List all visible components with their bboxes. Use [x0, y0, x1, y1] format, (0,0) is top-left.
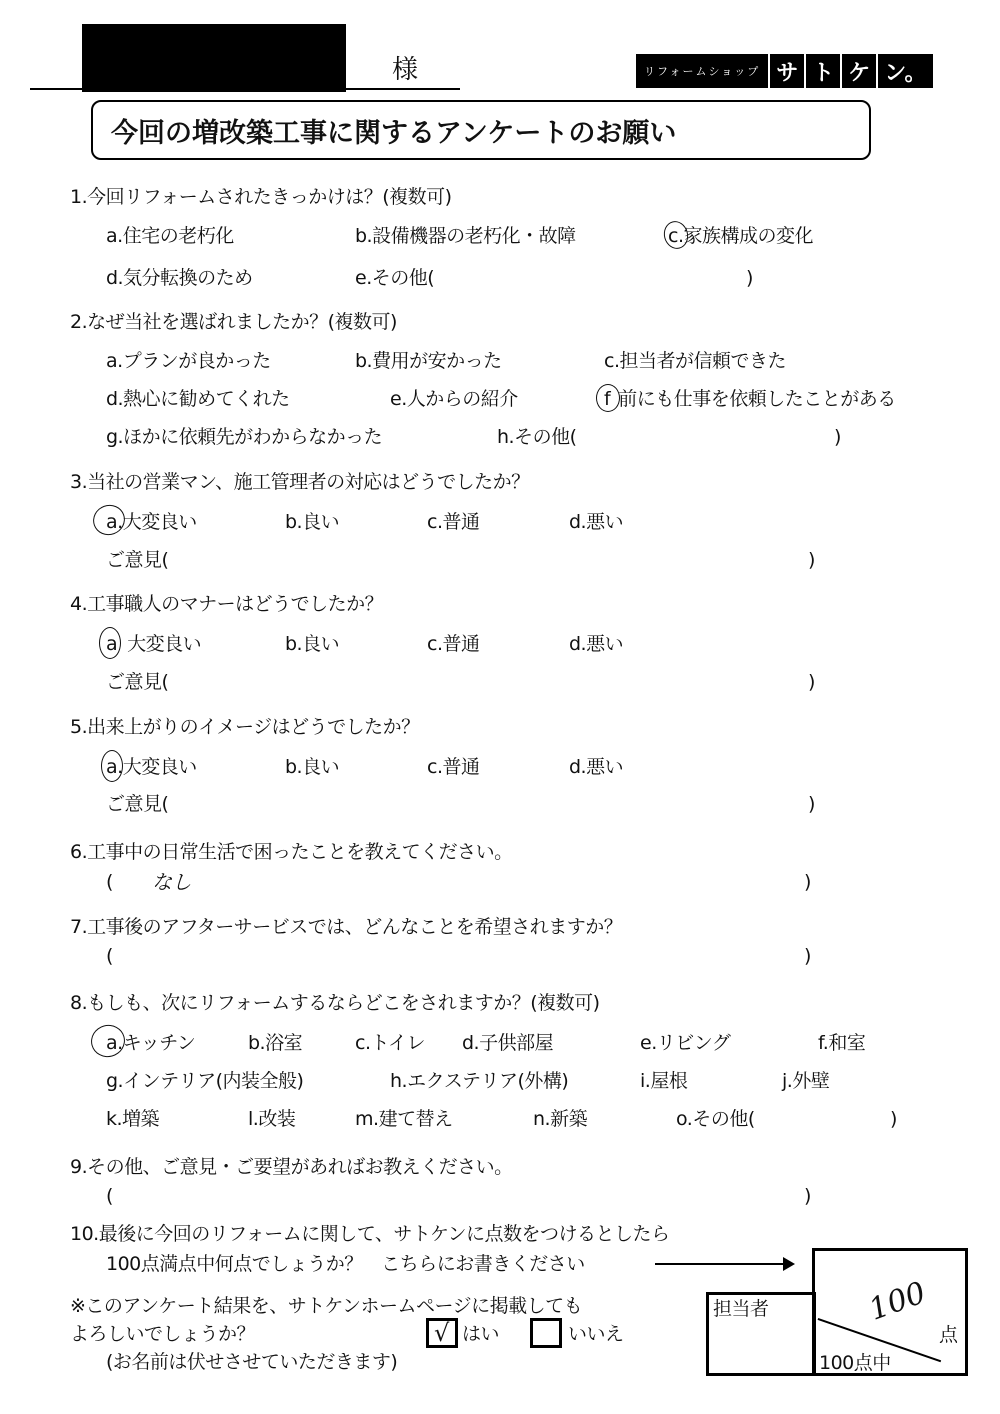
q8-option-l[interactable]: l.改装 [248, 1107, 295, 1131]
q1-option-b[interactable]: b.設備機器の老朽化・故障 [355, 224, 576, 248]
q4-option-b[interactable]: b.良い [285, 632, 339, 656]
q2-option-e[interactable]: e.人からの紹介 [390, 387, 518, 411]
selected-circle-mark [596, 384, 620, 412]
customer-name-redacted [82, 24, 346, 92]
question-7: 7.工事後のアフターサービスでは、どんなことを希望されますか？ [70, 915, 622, 939]
q8-option-h[interactable]: h.エクステリア(外構) [390, 1069, 568, 1093]
q4-comment-close: ) [808, 670, 815, 694]
logo-cell: サ [770, 54, 804, 88]
question-10-line2: 100点満点中何点でしょうか？ こちらにお書きください [106, 1252, 585, 1276]
q2-other-close-paren: ) [834, 425, 841, 449]
consent-no-label: いいえ [568, 1322, 624, 1346]
q7-open-paren: ( [106, 944, 113, 968]
score-handwritten-value: 100 [865, 1276, 930, 1328]
q5-comment-label: ご意見( [106, 792, 168, 816]
question-1: 1.今回リフォームされたきっかけは？(複数可) [70, 185, 452, 209]
score-caption: 100点中 [819, 1351, 891, 1375]
page-title: 今回の増改築工事に関するアンケートのお願い [111, 111, 676, 150]
question-text: 今回リフォームされたきっかけは？(複数可) [87, 186, 451, 208]
name-underline [30, 88, 460, 90]
score-unit: 点 [939, 1323, 958, 1347]
q8-option-f[interactable]: f.和室 [818, 1031, 865, 1055]
q8-option-i[interactable]: i.屋根 [640, 1069, 687, 1093]
arrow-line [655, 1263, 785, 1265]
q8-option-m[interactable]: m.建て替え [355, 1107, 453, 1131]
score-box[interactable]: 100 点 100点中 [812, 1248, 968, 1376]
logo-cell: ケ [842, 54, 876, 88]
consent-note: (お名前は伏せさせていただきます) [106, 1350, 397, 1374]
q5-option-d[interactable]: d.悪い [569, 755, 623, 779]
q2-option-g[interactable]: g.ほかに依頼先がわからなかった [106, 425, 382, 449]
consent-text-line2: よろしいでしょうか？ [70, 1322, 255, 1346]
q4-option-c[interactable]: c.普通 [427, 632, 480, 656]
q8-option-b[interactable]: b.浴室 [248, 1031, 302, 1055]
q6-answer-handwritten[interactable]: なし [152, 870, 191, 894]
question-number: 1. [70, 186, 87, 208]
q1-option-a[interactable]: a.住宅の老朽化 [106, 224, 234, 248]
q8-option-j[interactable]: j.外壁 [782, 1069, 829, 1093]
q8-option-k[interactable]: k.増築 [106, 1107, 159, 1131]
logo-cell: ト [806, 54, 840, 88]
q1-option-c[interactable]: c.家族構成の変化 [668, 224, 813, 248]
staff-box: 担当者 [706, 1292, 816, 1376]
title-box: 今回の増改築工事に関するアンケートのお願い [91, 100, 871, 160]
check-mark-icon: √ [434, 1319, 449, 1347]
q8-option-c[interactable]: c.トイレ [355, 1031, 425, 1055]
question-2: 2.なぜ当社を選ばれましたか？(複数可) [70, 310, 397, 334]
q5-option-b[interactable]: b.良い [285, 755, 339, 779]
question-3: 3.当社の営業マン、施工管理者の対応はどうでしたか？ [70, 470, 530, 494]
q2-option-b[interactable]: b.費用が安かった [355, 349, 502, 373]
q2-option-d[interactable]: d.熱心に勧めてくれた [106, 387, 290, 411]
q3-comment-close: ) [808, 548, 815, 572]
question-4: 4.工事職人のマナーはどうでしたか？ [70, 592, 383, 616]
q5-comment-close: ) [808, 792, 815, 816]
q8-option-o[interactable]: o.その他( [676, 1107, 755, 1131]
honorific-sama: 様 [392, 55, 418, 85]
consent-yes-label: はい [462, 1322, 499, 1346]
q6-close-paren: ) [804, 870, 811, 894]
q9-close-paren: ) [804, 1184, 811, 1208]
q1-option-e[interactable]: e.その他( [355, 266, 434, 290]
q1-option-d[interactable]: d.気分転換のため [106, 266, 253, 290]
q9-open-paren: ( [106, 1184, 113, 1208]
selected-circle-mark [101, 750, 123, 782]
q8-option-e[interactable]: e.リビング [640, 1031, 730, 1055]
consent-no-checkbox[interactable] [530, 1318, 562, 1348]
question-6: 6.工事中の日常生活で困ったことを教えてください。 [70, 840, 513, 864]
q7-close-paren: ) [804, 944, 811, 968]
arrow-right-icon [783, 1257, 795, 1271]
question-5: 5.出来上がりのイメージはどうでしたか？ [70, 715, 420, 739]
company-logo: リフォームショップ サ ト ケ ン。 [636, 54, 933, 88]
selected-circle-mark [99, 627, 121, 659]
consent-yes-checkbox[interactable]: √ [426, 1318, 458, 1348]
q4-option-d[interactable]: d.悪い [569, 632, 623, 656]
q2-option-a[interactable]: a.プランが良かった [106, 349, 271, 373]
q8-option-n[interactable]: n.新築 [533, 1107, 587, 1131]
q2-option-f[interactable]: f前にも仕事を依頼したことがある [604, 387, 896, 411]
q8-option-d[interactable]: d.子供部屋 [462, 1031, 553, 1055]
q3-option-d[interactable]: d.悪い [569, 510, 623, 534]
q3-comment-label: ご意見( [106, 548, 168, 572]
logo-cell: ン。 [878, 54, 932, 88]
q2-option-c[interactable]: c.担当者が信頼できた [604, 349, 786, 373]
q5-option-c[interactable]: c.普通 [427, 755, 480, 779]
consent-text-line1: ※このアンケート結果を、サトケンホームページに掲載しても [70, 1294, 582, 1318]
q2-option-h[interactable]: h.その他( [497, 425, 577, 449]
staff-label: 担当者 [713, 1297, 769, 1321]
q8-other-close-paren: ) [890, 1107, 897, 1131]
logo-band-text: リフォームショップ [636, 54, 768, 88]
q1-other-close-paren: ) [746, 266, 753, 290]
q4-comment-label: ご意見( [106, 670, 168, 694]
q6-open-paren: ( [106, 870, 113, 894]
q3-option-b[interactable]: b.良い [285, 510, 339, 534]
question-8: 8.もしも、次にリフォームするならどこをされますか？(複数可) [70, 991, 600, 1015]
q8-option-g[interactable]: g.インテリア(内装全般) [106, 1069, 303, 1093]
q3-option-c[interactable]: c.普通 [427, 510, 480, 534]
question-10: 10.最後に今回のリフォームに関して、サトケンに点数をつけるとしたら [70, 1222, 670, 1246]
question-9: 9.その他、ご意見・ご要望があればお教えください。 [70, 1155, 513, 1179]
